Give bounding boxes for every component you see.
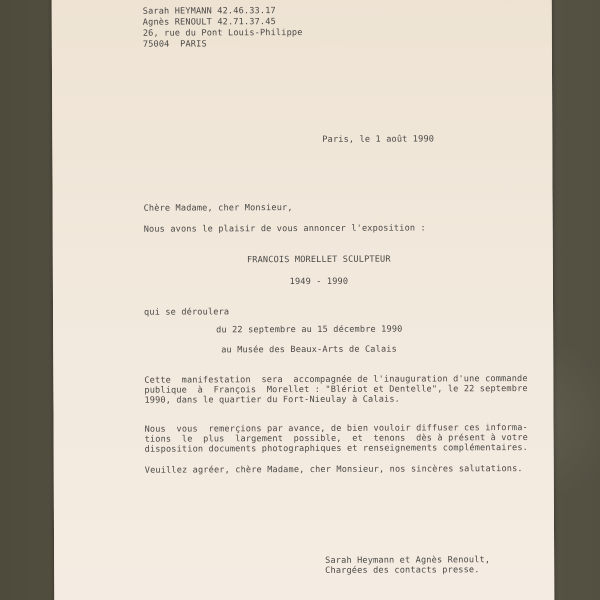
exhibition-years: 1949 - 1990 — [144, 276, 494, 289]
salutation: Chère Madame, cher Monsieur, — [144, 203, 293, 215]
exhibition-dates: du 22 septembre au 15 décembre 1990 — [216, 325, 402, 337]
paragraph-inauguration-line-3: 1990, dans le quartier du Fort-Nieulay à… — [144, 395, 400, 407]
exhibition-venue: au Musée des Beaux-Arts de Calais — [221, 345, 397, 357]
address-line: 26, rue du Pont Louis-Philippe — [143, 28, 303, 40]
exhibition-title: FRANCOIS MORELLET SCULPTEUR — [144, 254, 494, 267]
intro-line: Nous avons le plaisir de vous annoncer l… — [144, 223, 426, 236]
transition-line: qui se déroulera — [144, 307, 229, 319]
signature-role: Chargées des contacts presse. — [325, 565, 479, 577]
date-line: Paris, le 1 août 1990 — [322, 134, 434, 146]
city-line: 75004 PARIS — [143, 39, 207, 51]
paragraph-thanks-line-3: disposition documents photographiques et… — [145, 443, 528, 456]
closing-line: Veuillez agréer, chère Madame, cher Mons… — [145, 464, 523, 477]
letter-page: Sarah HEYMANN 42.46.33.17 Agnès RENOULT … — [52, 0, 555, 600]
